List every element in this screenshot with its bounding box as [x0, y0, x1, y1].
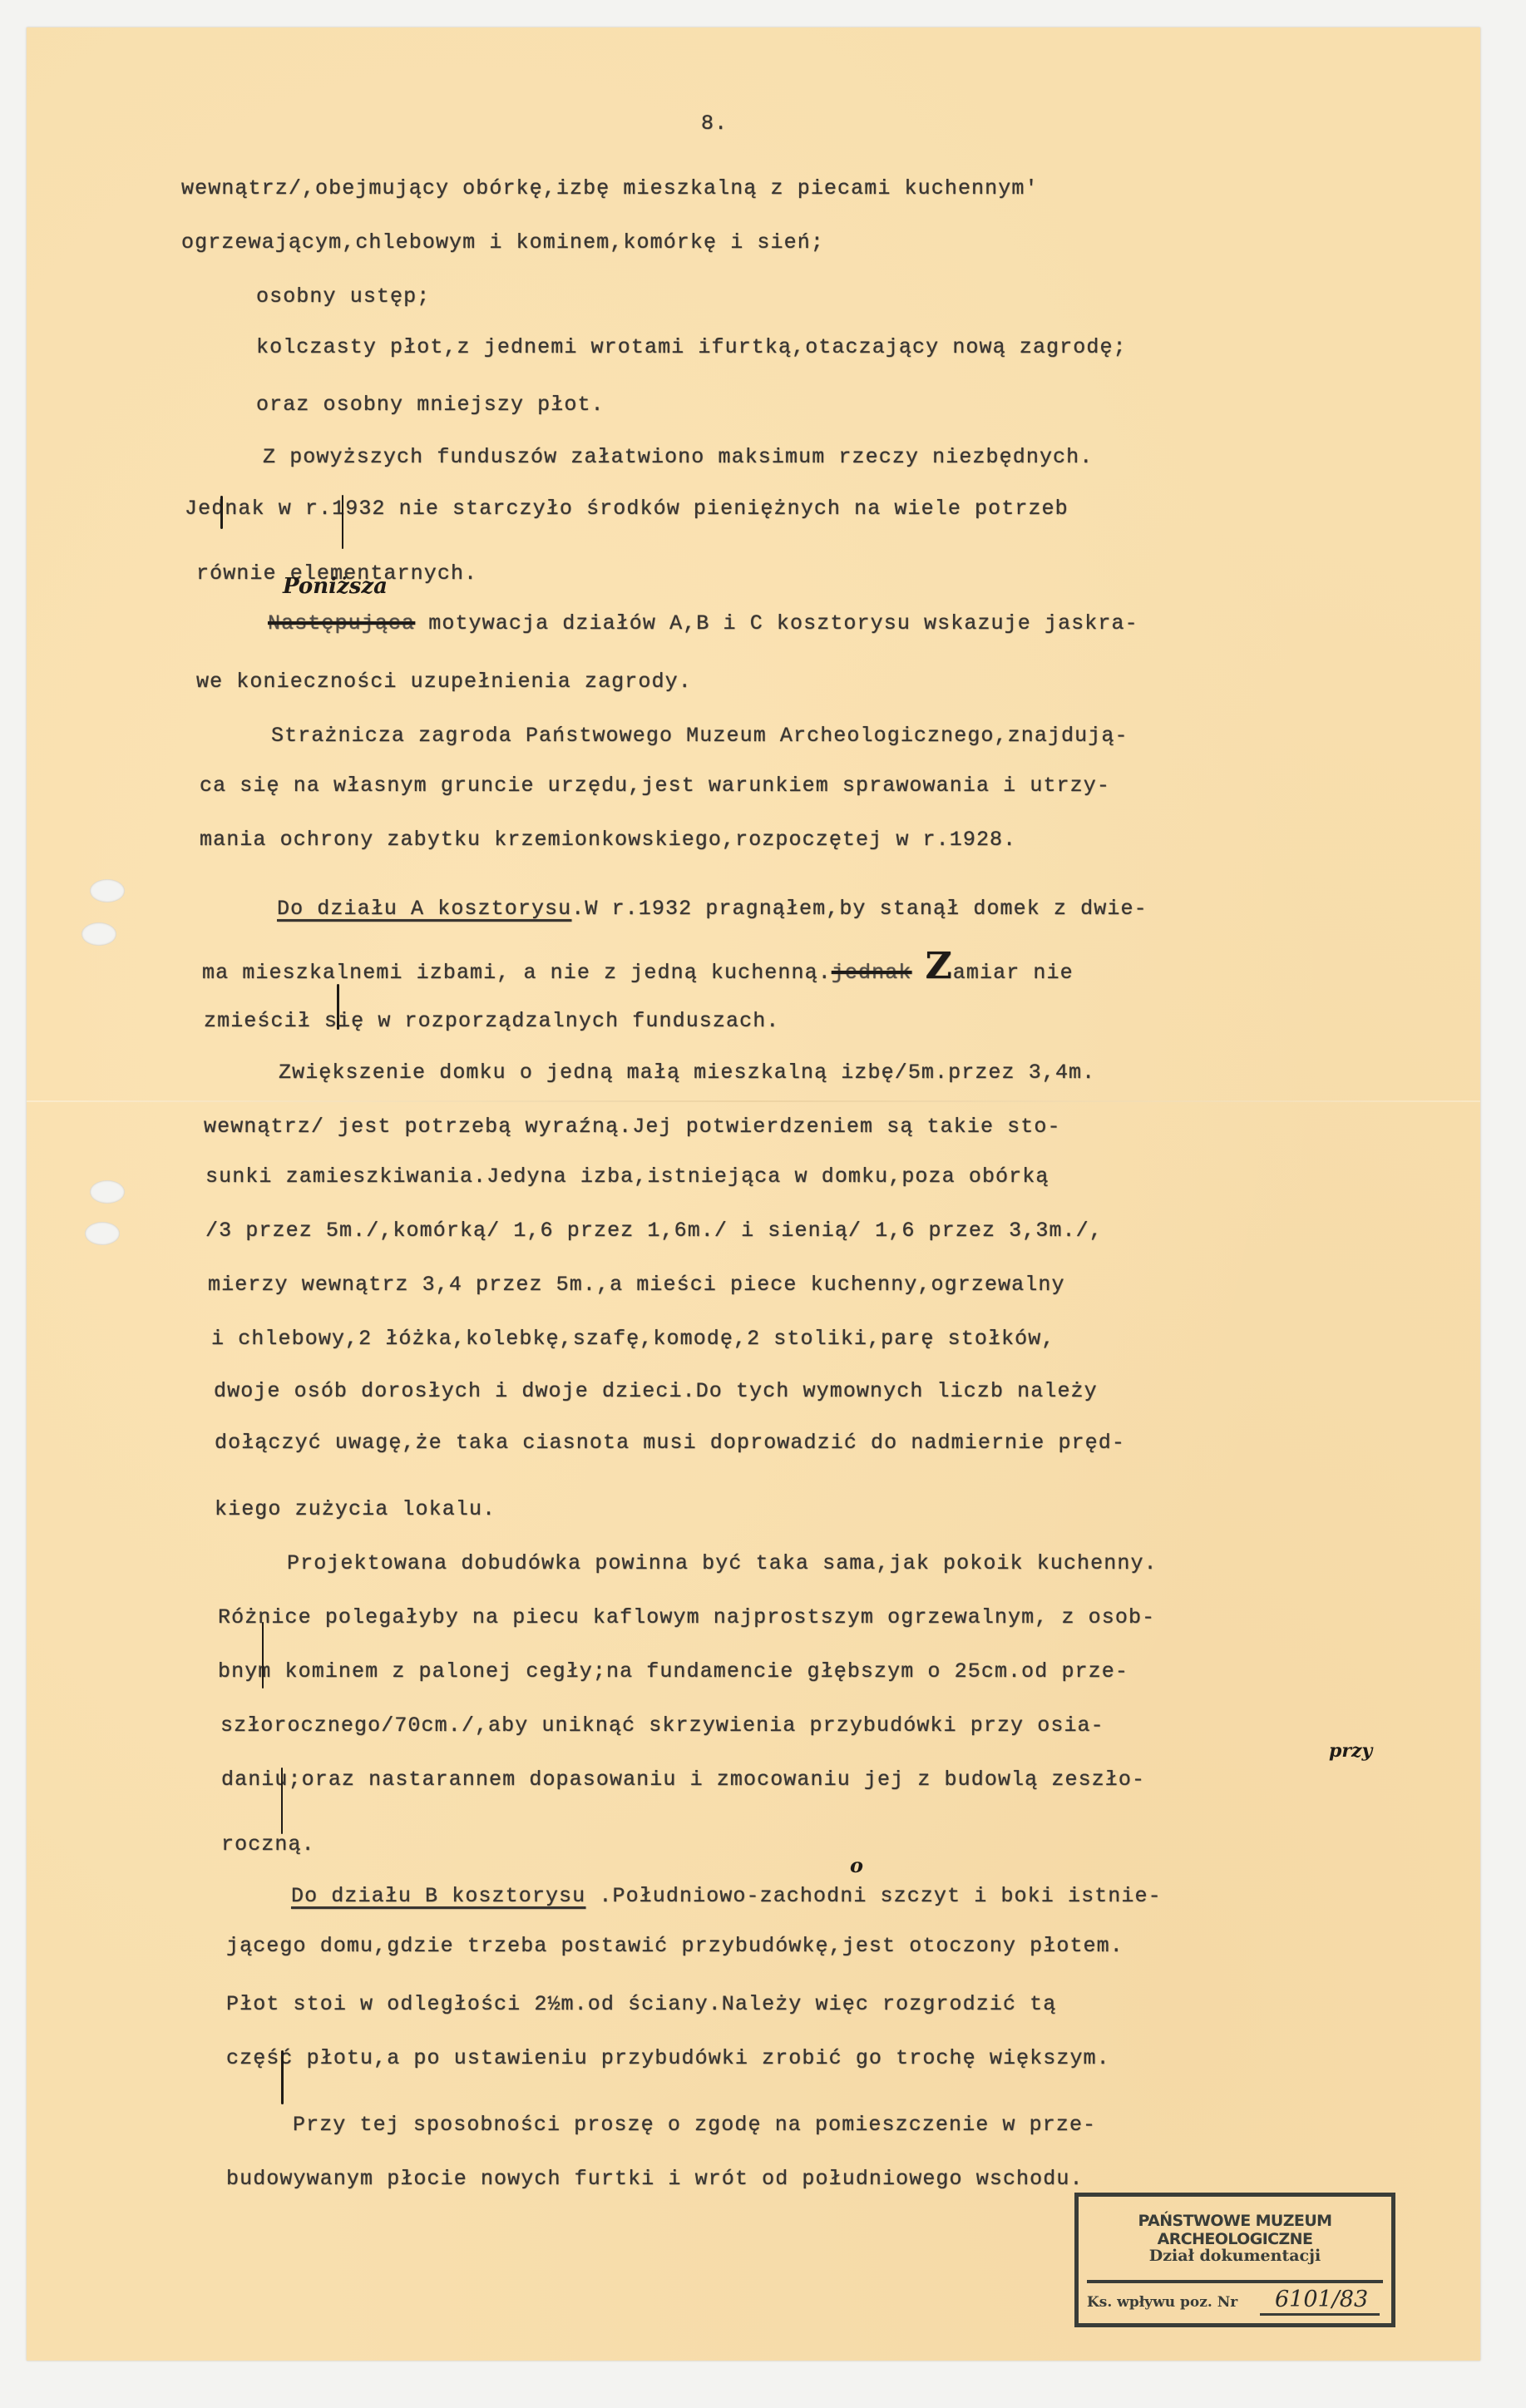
punch-hole: [90, 1180, 125, 1204]
stamp-divider: [1087, 2280, 1383, 2283]
text-line: Płot stoi w odległości 2½m.od ściany.Nal…: [226, 1992, 1056, 2017]
correction-mark: [281, 2050, 284, 2104]
stamp-field-line: [1260, 2313, 1380, 2316]
handwritten-correction: Z: [926, 945, 953, 987]
registry-stamp: PAŃSTWOWE MUZEUM ARCHEOLOGICZNE Dział do…: [1074, 2193, 1395, 2327]
text-line: osobny ustęp;: [256, 284, 430, 309]
text-line: kiego zużycia lokalu.: [215, 1497, 496, 1522]
text-line: budowywanym płocie nowych furtki i wrót …: [226, 2167, 1084, 2192]
text-line: mania ochrony zabytku krzemionkowskiego,…: [200, 828, 1016, 853]
text-line: wewnątrz/ jest potrzebą wyraźną.Jej potw…: [204, 1115, 1061, 1140]
section-heading-a: Do działu A kosztorysu: [277, 897, 571, 921]
text-line: mierzy wewnątrz 3,4 przez 5m.,a mieści p…: [208, 1273, 1065, 1298]
text-span: daniu;oraz nastarannem dopasowaniu i zmo…: [221, 1768, 1038, 1792]
text-line: Różnice polegałyby na piecu kaflowym naj…: [218, 1605, 1155, 1630]
text-line: /3 przez 5m./,komórką/ 1,6 przez 1,6m./ …: [205, 1219, 1103, 1244]
struck-word: jednak: [832, 961, 912, 985]
correction-mark: [337, 984, 339, 1030]
handwritten-correction: Poniższa: [283, 574, 388, 599]
text-line: ma mieszkalnemi izbami, a nie z jedną ku…: [202, 954, 1074, 986]
text-line: ogrzewającym,chlebowym i kominem,komórkę…: [181, 230, 824, 255]
stamp-entry-number: 6101/83: [1275, 2287, 1368, 2312]
text-line: szłorocznego/70cm./,aby uniknąć skrzywie…: [220, 1713, 1104, 1738]
text-span: motywacja działów A,B i C kosztorysu wsk…: [428, 611, 1138, 635]
punch-hole: [85, 1222, 120, 1245]
text-line: zmieścił się w rozporządzalnych fundusza…: [204, 1009, 779, 1034]
text-line: Do działu B kosztorysu .Południowo-zacho…: [291, 1884, 1162, 1909]
text-line: Projektowana dobudówka powinna być taka …: [287, 1551, 1158, 1576]
text-line: dwoje osób dorosłych i dwoje dzieci.Do t…: [214, 1379, 1098, 1404]
text-line: kolczasty płot,z jednemi wrotami ifurtką…: [256, 335, 1127, 360]
text-line: bnym kominem z palonej cegły;na fundamen…: [218, 1659, 1128, 1684]
text-line: jącego domu,gdzie trzeba postawić przybu…: [226, 1934, 1124, 1959]
stamp-label: Ks. wpływu poz. Nr: [1087, 2294, 1237, 2311]
text-line: roczną.: [221, 1832, 315, 1857]
text-line: we konieczności uzupełnienia zagrody.: [196, 670, 692, 695]
handwritten-correction: o: [850, 1853, 863, 1877]
correction-mark: [220, 496, 223, 529]
text-line: Zwiększenie domku o jedną małą mieszkaln…: [279, 1061, 1095, 1085]
text-span: zeszło-: [1051, 1768, 1145, 1792]
text-line: oraz osobny mniejszy płot.: [256, 393, 605, 418]
text-line: Do działu A kosztorysu.W r.1932 pragnąłe…: [277, 897, 1148, 922]
text-line: wewnątrz/,obejmujący obórkę,izbę mieszka…: [181, 176, 1039, 201]
stamp-title: PAŃSTWOWE MUZEUM ARCHEOLOGICZNE: [1085, 2212, 1385, 2248]
correction-mark: [281, 1768, 283, 1834]
page-number: 8.: [701, 111, 728, 136]
correction-mark: [342, 495, 343, 549]
text-span: ma mieszkalnemi izbami, a nie z jedną ku…: [202, 961, 832, 985]
text-line: dołączyć uwagę,że taka ciasnota musi dop…: [215, 1431, 1125, 1456]
section-heading-b: Do działu B kosztorysu: [291, 1884, 585, 1908]
handwritten-correction: przy: [1329, 1740, 1372, 1762]
text-line: część płotu,a po ustawieniu przybudówki …: [226, 2046, 1110, 2071]
text-line: Następująca motywacja działów A,B i C ko…: [268, 611, 1138, 636]
text-line: sunki zamieszkiwania.Jedyna izba,istniej…: [205, 1164, 1049, 1189]
punch-hole: [90, 879, 125, 902]
stamp-subtitle: Dział dokumentacji: [1079, 2247, 1391, 2265]
text-span: .W r.1932 pragnąłem,by stanął domek z dw…: [571, 897, 1147, 921]
text-line: Z powyższych funduszów załatwiono maksim…: [263, 445, 1093, 470]
text-line: Jednak w r.1932 nie starczyło środków pi…: [185, 497, 1069, 522]
text-line: i chlebowy,2 łóżka,kolebkę,szafę,komodę,…: [211, 1327, 1054, 1352]
text-span: amiar nie: [953, 961, 1074, 985]
text-line: Przy tej sposobności proszę o zgodę na p…: [293, 2113, 1096, 2138]
text-span: .Południowo-zachodni szczyt i boki istni…: [599, 1884, 1161, 1908]
correction-mark: [262, 1622, 264, 1689]
punch-hole: [81, 922, 116, 946]
struck-word: Następująca: [268, 611, 415, 635]
text-line: daniu;oraz nastarannem dopasowaniu i zmo…: [221, 1768, 1145, 1792]
text-line: ca się na własnym gruncie urzędu,jest wa…: [200, 774, 1110, 799]
paper-fold: [27, 1100, 1480, 1102]
text-line: Strażnicza zagroda Państwowego Muzeum Ar…: [271, 724, 1128, 749]
